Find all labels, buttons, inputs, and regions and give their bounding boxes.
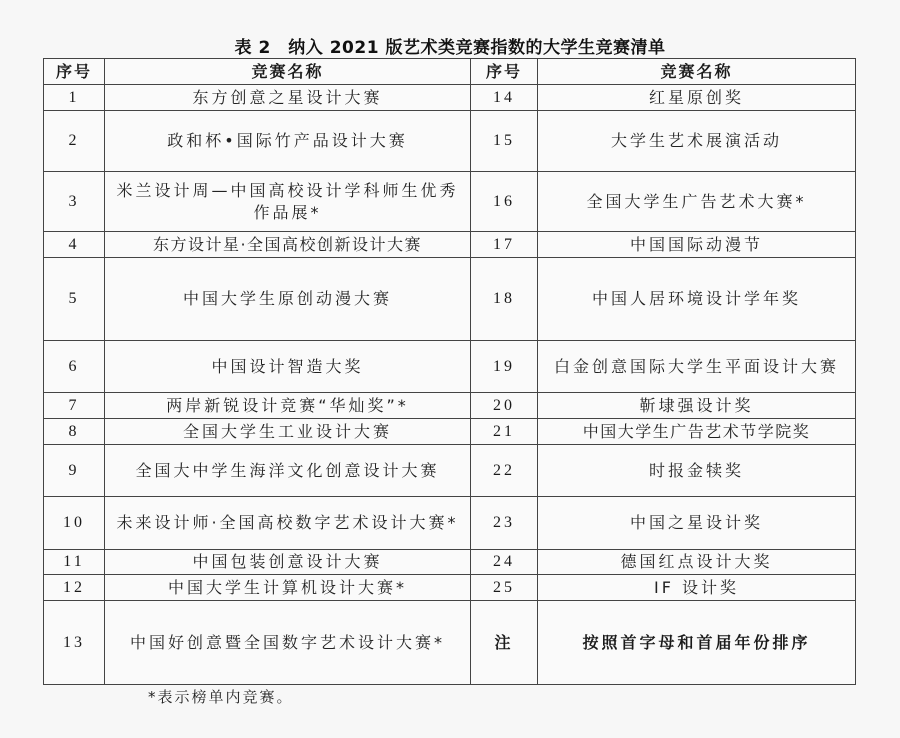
- table-row: 10 未来设计师·全国高校数字艺术设计大赛* 23 中国之星设计奖: [44, 497, 856, 550]
- competition-name: 全国大中学生海洋文化创意设计大赛: [105, 445, 471, 497]
- row-index: 4: [44, 232, 105, 258]
- competition-name: 政和杯•国际竹产品设计大赛: [105, 111, 471, 172]
- row-index: 2: [44, 111, 105, 172]
- table-title: 表 2 纳入 2021 版艺术类竞赛指数的大学生竞赛清单: [0, 33, 900, 58]
- table-row: 8 全国大学生工业设计大赛 21 中国大学生广告艺术节学院奖: [44, 419, 856, 445]
- row-index: 22: [471, 445, 538, 497]
- row-index: 5: [44, 258, 105, 341]
- header-name-right: 竞赛名称: [538, 59, 856, 85]
- row-index: 17: [471, 232, 538, 258]
- table-row: 4 东方设计星·全国高校创新设计大赛 17 中国国际动漫节: [44, 232, 856, 258]
- competition-name: 中国包装创意设计大赛: [105, 550, 471, 575]
- row-index: 13: [44, 601, 105, 685]
- row-index: 21: [471, 419, 538, 445]
- competition-name: 时报金犊奖: [538, 445, 856, 497]
- competition-name: 米兰设计周—中国高校设计学科师生优秀作品展*: [105, 172, 471, 232]
- competition-name: 中国设计智造大奖: [105, 341, 471, 393]
- competition-name: 中国之星设计奖: [538, 497, 856, 550]
- competition-name: 未来设计师·全国高校数字艺术设计大赛*: [105, 497, 471, 550]
- table-row: 7 两岸新锐设计竞赛“华灿奖”* 20 靳埭强设计奖: [44, 393, 856, 419]
- row-index: 15: [471, 111, 538, 172]
- competition-name: 中国好创意暨全国数字艺术设计大赛*: [105, 601, 471, 685]
- table-row: 5 中国大学生原创动漫大赛 18 中国人居环境设计学年奖: [44, 258, 856, 341]
- row-index: 3: [44, 172, 105, 232]
- note-label: 注: [471, 601, 538, 685]
- row-index: 10: [44, 497, 105, 550]
- row-index: 20: [471, 393, 538, 419]
- row-index: 23: [471, 497, 538, 550]
- row-index: 25: [471, 575, 538, 601]
- table-row: 9 全国大中学生海洋文化创意设计大赛 22 时报金犊奖: [44, 445, 856, 497]
- table-row: 3 米兰设计周—中国高校设计学科师生优秀作品展* 16 全国大学生广告艺术大赛*: [44, 172, 856, 232]
- competition-name: 全国大学生工业设计大赛: [105, 419, 471, 445]
- table-header-row: 序号 竞赛名称 序号 竞赛名称: [44, 59, 856, 85]
- row-index: 6: [44, 341, 105, 393]
- table-row: 1 东方创意之星设计大赛 14 红星原创奖: [44, 85, 856, 111]
- competition-name: 德国红点设计大奖: [538, 550, 856, 575]
- competition-name: 东方设计星·全国高校创新设计大赛: [105, 232, 471, 258]
- competition-name: 中国国际动漫节: [538, 232, 856, 258]
- header-name-left: 竞赛名称: [105, 59, 471, 85]
- competition-name: 红星原创奖: [538, 85, 856, 111]
- competition-name: 两岸新锐设计竞赛“华灿奖”*: [105, 393, 471, 419]
- row-index: 7: [44, 393, 105, 419]
- competition-table: 序号 竞赛名称 序号 竞赛名称 1 东方创意之星设计大赛 14 红星原创奖 2 …: [43, 58, 856, 685]
- table-row: 11 中国包装创意设计大赛 24 德国红点设计大奖: [44, 550, 856, 575]
- table-row: 6 中国设计智造大奖 19 白金创意国际大学生平面设计大赛: [44, 341, 856, 393]
- table-row: 2 政和杯•国际竹产品设计大赛 15 大学生艺术展演活动: [44, 111, 856, 172]
- row-index: 14: [471, 85, 538, 111]
- competition-name: 中国人居环境设计学年奖: [538, 258, 856, 341]
- footnote: *表示榜单内竞赛。: [148, 686, 294, 707]
- competition-name: 大学生艺术展演活动: [538, 111, 856, 172]
- row-index: 1: [44, 85, 105, 111]
- row-index: 9: [44, 445, 105, 497]
- competition-name: 中国大学生广告艺术节学院奖: [538, 419, 856, 445]
- competition-name: 白金创意国际大学生平面设计大赛: [538, 341, 856, 393]
- competition-name: 全国大学生广告艺术大赛*: [538, 172, 856, 232]
- row-index: 24: [471, 550, 538, 575]
- header-index-left: 序号: [44, 59, 105, 85]
- competition-name: IF 设计奖: [538, 575, 856, 601]
- competition-name: 中国大学生原创动漫大赛: [105, 258, 471, 341]
- row-index: 16: [471, 172, 538, 232]
- table-row-last: 13 中国好创意暨全国数字艺术设计大赛* 注 按照首字母和首届年份排序: [44, 601, 856, 685]
- competition-name: 东方创意之星设计大赛: [105, 85, 471, 111]
- row-index: 11: [44, 550, 105, 575]
- row-index: 19: [471, 341, 538, 393]
- row-index: 8: [44, 419, 105, 445]
- row-index: 18: [471, 258, 538, 341]
- row-index: 12: [44, 575, 105, 601]
- note-text: 按照首字母和首届年份排序: [538, 601, 856, 685]
- table-row: 12 中国大学生计算机设计大赛* 25 IF 设计奖: [44, 575, 856, 601]
- competition-name: 靳埭强设计奖: [538, 393, 856, 419]
- header-index-right: 序号: [471, 59, 538, 85]
- competition-name: 中国大学生计算机设计大赛*: [105, 575, 471, 601]
